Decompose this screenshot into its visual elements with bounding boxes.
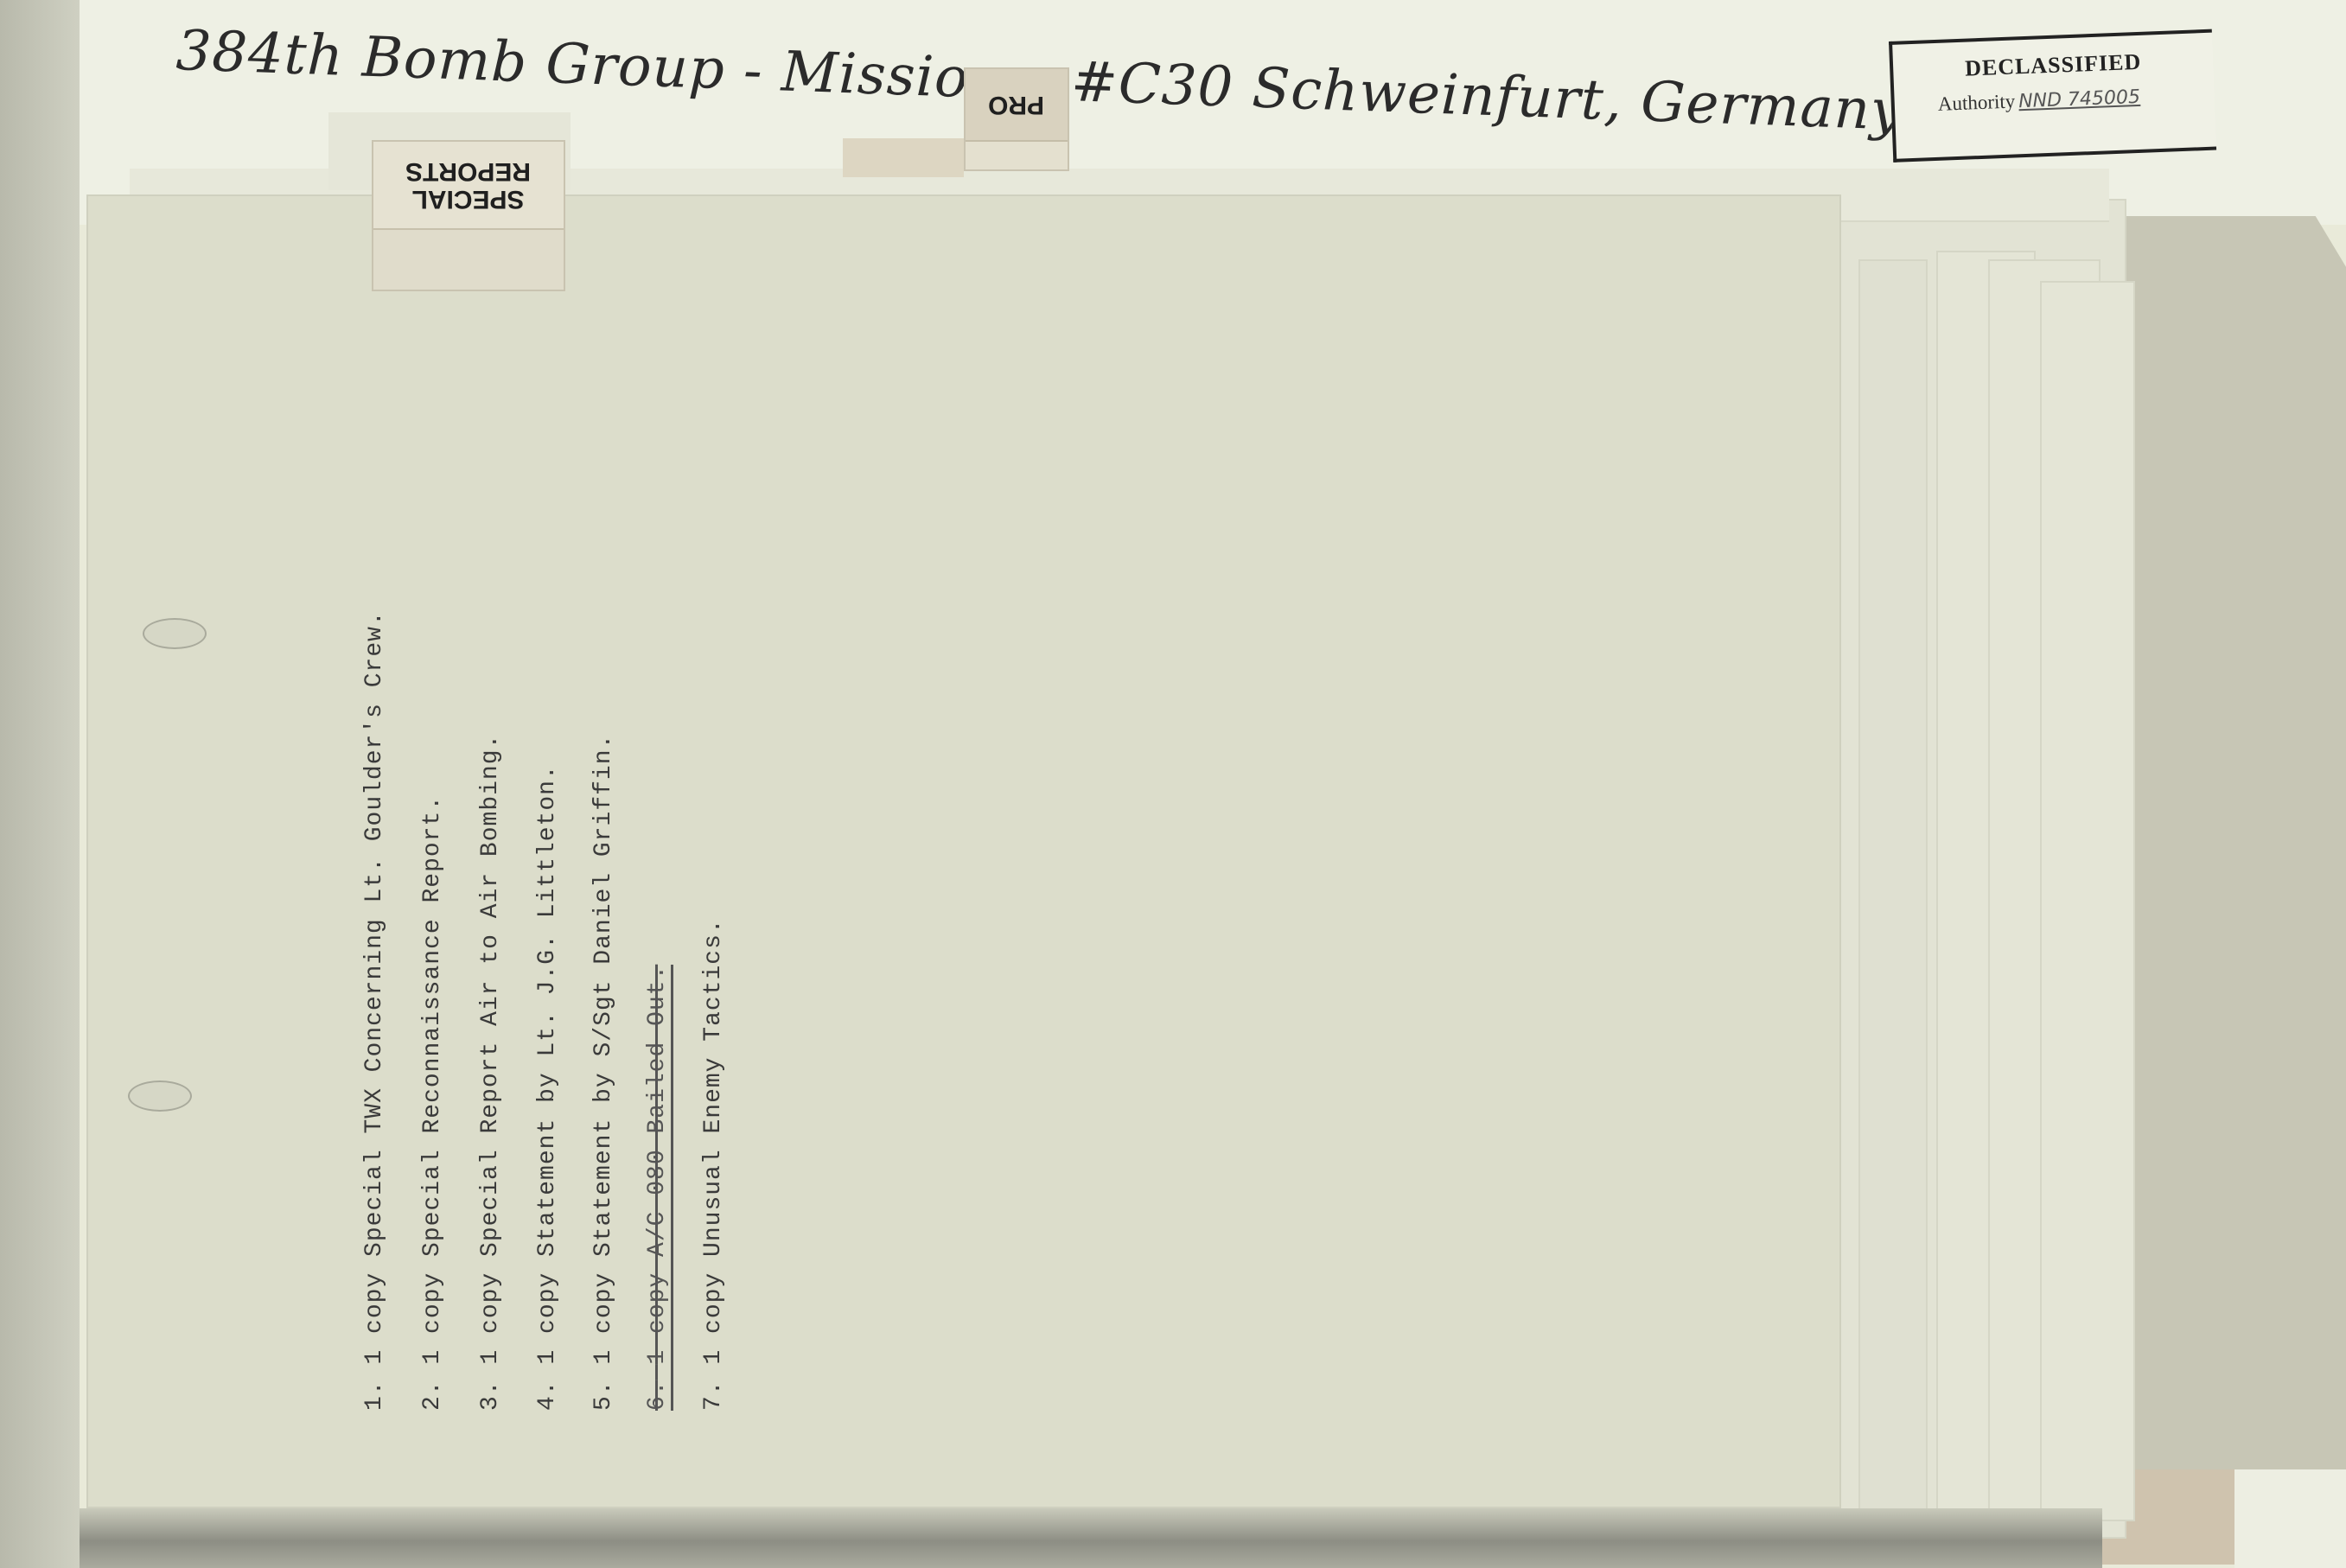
list-item: 5. 1 copy Statement by S/Sgt Daniel Grif… — [590, 734, 617, 1411]
list-item-text: 1 copy Special Reconnaissance Report. — [419, 795, 446, 1365]
list-item: 2. 1 copy Special Reconnaissance Report. — [419, 795, 446, 1411]
hole-punch-mark — [128, 1080, 192, 1112]
list-item: 4. 1 copy Statement by Lt. J.G. Littleto… — [534, 764, 561, 1411]
back-sheet — [2040, 281, 2135, 1521]
tab-special-line2: REPORTS — [405, 157, 531, 185]
tab-special-reports-label: SPECIAL REPORTS — [373, 142, 564, 230]
tab-special-reports[interactable]: SPECIAL REPORTS — [372, 140, 565, 291]
tab-pro[interactable]: PRO — [964, 67, 1069, 171]
divider-tab-back — [843, 138, 964, 177]
list-item: 1. 1 copy Special TWX Concerning Lt. Gou… — [361, 610, 388, 1411]
tab-pro-label: PRO — [966, 69, 1068, 142]
list-item-num: 2. — [419, 1380, 446, 1411]
list-item-num: 1. — [361, 1380, 388, 1411]
stamp-heading: DECLASSIFIED — [1893, 47, 2214, 85]
board-corner — [2234, 1469, 2346, 1568]
list-item-text: 1 copy Statement by Lt. J.G. Littleton. — [534, 764, 561, 1364]
list-item: 3. 1 copy Special Report Air to Air Bomb… — [477, 734, 504, 1411]
tab-pro-text: PRO — [988, 90, 1044, 119]
stamp-authority-label: Authority — [1937, 90, 2015, 114]
declassified-stamp: DECLASSIFIED AuthorityNND 745005 — [1889, 29, 2216, 163]
list-item-text: 1 copy A/C 080 Bailed Out. — [644, 965, 671, 1365]
list-item-struck: 6. 1 copy A/C 080 Bailed Out. — [644, 965, 671, 1411]
list-item-text: 1 copy Unusual Enemy Tactics. — [700, 918, 727, 1364]
stamp-authority-value: NND 745005 — [2018, 86, 2141, 112]
list-item-num: 4. — [534, 1380, 561, 1411]
hole-punch-mark — [143, 618, 207, 649]
stack-bottom-edge — [80, 1508, 2102, 1568]
list-item-num: 5. — [590, 1380, 617, 1411]
tab-special-line1: SPECIAL — [405, 185, 531, 213]
back-sheet — [1858, 259, 1928, 1539]
list-item-text: 1 copy Special Report Air to Air Bombing… — [477, 734, 504, 1365]
list-item: 7. 1 copy Unusual Enemy Tactics. — [700, 918, 727, 1411]
document-page — [86, 194, 1841, 1508]
list-item-text: 1 copy Statement by S/Sgt Daniel Griffin… — [590, 734, 617, 1365]
background-strip — [0, 0, 80, 1568]
list-item-num: 7. — [700, 1380, 727, 1411]
list-item-num: 3. — [477, 1380, 504, 1411]
list-item-num: 6. — [644, 1380, 671, 1411]
list-item-text: 1 copy Special TWX Concerning Lt. Goulde… — [361, 610, 388, 1364]
stamp-authority: AuthorityNND 745005 — [1937, 86, 2140, 116]
